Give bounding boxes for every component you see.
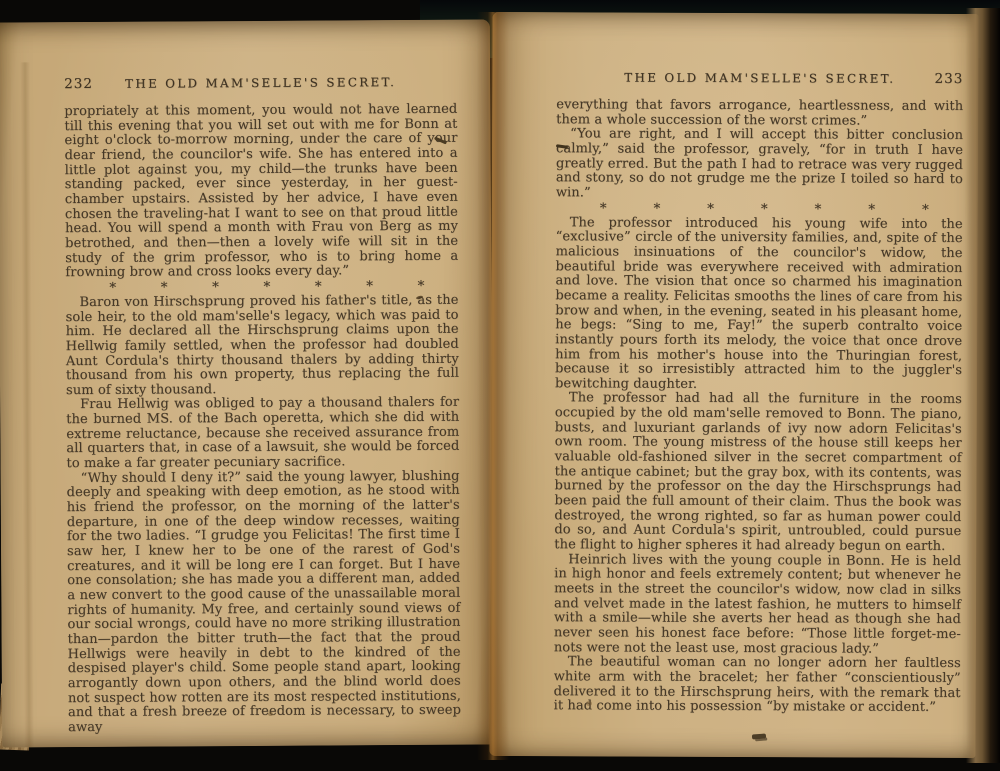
open-book-photo: 232 THE OLD MAM'SELLE'S SECRET. propriat… (0, 0, 1000, 771)
paragraph: “You are right, and I will accept this b… (556, 128, 963, 203)
left-running-header: 232 THE OLD MAM'SELLE'S SECRET. (64, 74, 457, 92)
asterisk: * (653, 201, 660, 216)
left-running-title: THE OLD MAM'SELLE'S SECRET. (122, 75, 399, 91)
paragraph: The beautiful woman can no longer adorn … (554, 655, 961, 715)
left-page-number: 232 (64, 76, 122, 92)
asterisk: * (600, 201, 607, 216)
asterisk: * (815, 202, 822, 217)
right-page-number: 233 (905, 71, 963, 87)
right-page: THE OLD MAM'SELLE'S SECRET. 233 everythi… (489, 12, 978, 758)
right-running-header: THE OLD MAM'SELLE'S SECRET. 233 (556, 69, 963, 87)
paragraph: Heinrich lives with the young couple in … (554, 553, 961, 657)
asterisk: * (161, 280, 168, 295)
asterisk: * (707, 201, 714, 216)
left-page: 232 THE OLD MAM'SELLE'S SECRET. propriat… (0, 20, 494, 748)
asterisk: * (922, 202, 929, 217)
paragraph: Baron von Hirschsprung proved his father… (65, 294, 459, 399)
paragraph: “Why should I deny it?” said the young l… (67, 469, 462, 735)
right-running-title: THE OLD MAM'SELLE'S SECRET. (614, 70, 905, 85)
asterisk: * (366, 279, 373, 294)
asterisk: * (761, 202, 768, 217)
paragraph: propriately at this moment, you would no… (64, 103, 458, 281)
asterisk: * (109, 281, 116, 296)
paragraph: Frau Hellwig was obliged to pay a thousa… (66, 396, 459, 472)
asterisk: * (263, 280, 270, 295)
paragraph: The professor introduced his young wife … (555, 216, 963, 394)
asterisk: * (418, 279, 425, 294)
asterisk: * (868, 202, 875, 217)
paragraph: The professor had had all the furniture … (554, 392, 962, 555)
asterisk: * (315, 279, 322, 294)
paragraph: everything that favors arrogance, heartl… (556, 98, 963, 129)
asterisk: * (212, 280, 219, 295)
